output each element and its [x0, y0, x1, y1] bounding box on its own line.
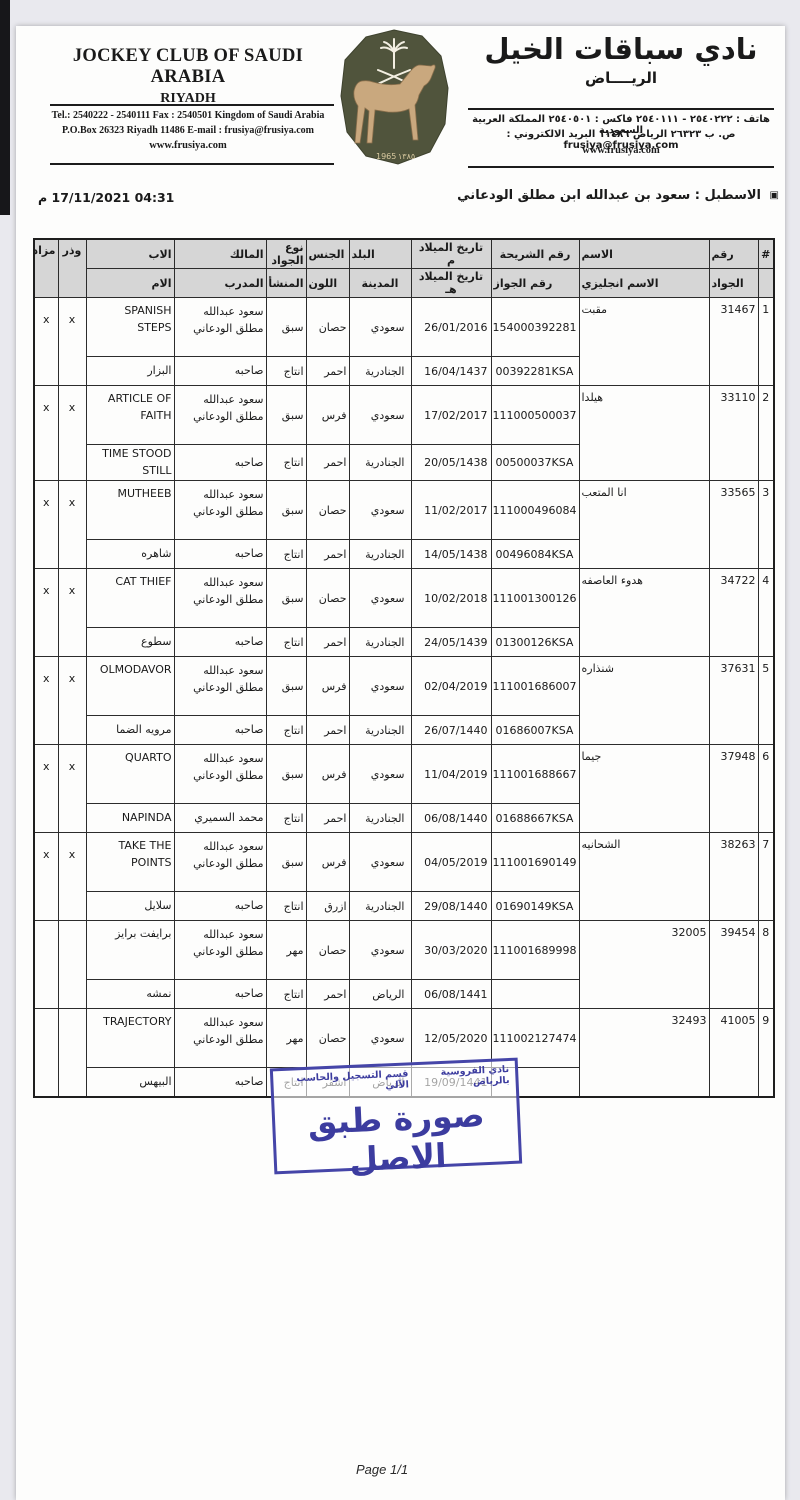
- cell-row-number: 8: [758, 921, 774, 1009]
- club-title-ar: نادي سباقات الخيل: [462, 32, 780, 67]
- cell-passport-number: [491, 980, 579, 1009]
- cell-auction-flag: [34, 921, 58, 1009]
- cell-horse-number: 33110: [709, 386, 758, 481]
- cell-sex: حصان: [306, 1009, 349, 1068]
- col-horse-no-2: الجواد: [709, 269, 758, 298]
- divider-line: [468, 166, 774, 168]
- cell-dob-gregorian: 02/04/2019: [411, 657, 491, 716]
- cell-name: انا المتعب: [579, 481, 709, 569]
- cell-auction-flag: x: [34, 298, 58, 386]
- cell-origin: انتاج: [266, 892, 306, 921]
- cell-wither-flag: x: [58, 833, 86, 921]
- cell-horse-number: 31467: [709, 298, 758, 386]
- cell-color: احمر: [306, 357, 349, 386]
- col-name: الاسم: [579, 239, 709, 269]
- cell-color: احمر: [306, 716, 349, 745]
- cell-passport-number: 01690149KSA: [491, 892, 579, 921]
- club-city-ar: الريــــاض: [462, 69, 780, 87]
- cell-passport-number: 01686007KSA: [491, 716, 579, 745]
- cell-sex: فرس: [306, 745, 349, 804]
- scan-edge-shadow: [0, 0, 10, 215]
- col-owner: المالك: [174, 239, 266, 269]
- logo-year-gregorian: 1965: [376, 152, 396, 161]
- cell-dob-gregorian: 10/02/2018: [411, 569, 491, 628]
- cell-horse-number: 39454: [709, 921, 758, 1009]
- cell-sire: TAKE THE POINTS: [86, 833, 174, 892]
- cell-type: مهر: [266, 1009, 306, 1068]
- cell-country: سعودي: [349, 569, 411, 628]
- cell-origin: انتاج: [266, 716, 306, 745]
- cell-auction-flag: x: [34, 481, 58, 569]
- cell-sire: QUARTO: [86, 745, 174, 804]
- cell-chip-number: 111000500037: [491, 386, 579, 445]
- cell-name: 32493: [579, 1009, 709, 1098]
- cell-dob-hijri: 24/05/1439: [411, 628, 491, 657]
- cell-dam: مرويه الضما: [86, 716, 174, 745]
- club-logo: 1965 ١٣٨٥: [336, 26, 452, 176]
- col-sex: الجنس: [306, 239, 349, 269]
- cell-horse-number: 41005: [709, 1009, 758, 1098]
- cell-owner: سعود عبدالله مطلق الودعاني: [174, 921, 266, 980]
- cell-city: الجنادرية: [349, 628, 411, 657]
- cell-color: احمر: [306, 980, 349, 1009]
- cell-trainer: صاحبه: [174, 716, 266, 745]
- cell-wither-flag: x: [58, 745, 86, 833]
- col-trainer: المدرب: [174, 269, 266, 298]
- cell-passport-number: 00392281KSA: [491, 357, 579, 386]
- col-passport: رقم الجواز: [491, 269, 579, 298]
- cell-type: سبق: [266, 569, 306, 628]
- table-row: 233110هيلدا11100050003717/02/2017سعوديفر…: [34, 386, 774, 445]
- cell-sex: حصان: [306, 298, 349, 357]
- cell-dam: البيهس: [86, 1068, 174, 1098]
- cell-city: الجنادرية: [349, 445, 411, 481]
- col-color: اللون: [306, 269, 349, 298]
- cell-chip-number: 111001690149: [491, 833, 579, 892]
- page-number: Page 1/1: [356, 1462, 408, 1477]
- cell-wither-flag: [58, 921, 86, 1009]
- cell-chip-number: 154000392281: [491, 298, 579, 357]
- stamp-header-line: نادي الفروسية بالرياض قسم التسجيل والحاس…: [279, 1064, 510, 1096]
- cell-sex: فرس: [306, 386, 349, 445]
- col-city: المدينة: [349, 269, 411, 298]
- cell-country: سعودي: [349, 1009, 411, 1068]
- cell-auction-flag: x: [34, 657, 58, 745]
- cell-passport-number: 01688667KSA: [491, 804, 579, 833]
- cell-type: سبق: [266, 386, 306, 445]
- cell-trainer: صاحبه: [174, 892, 266, 921]
- cell-dam: نمشه: [86, 980, 174, 1009]
- cell-chip-number: 111001300126: [491, 569, 579, 628]
- cell-sire: ARTICLE OF FAITH: [86, 386, 174, 445]
- table-row: 333565انا المتعب11100049608411/02/2017سع…: [34, 481, 774, 540]
- header-row-bottom: الجواد الاسم انجليزي رقم الجواز تاريخ ال…: [34, 269, 774, 298]
- cell-chip-number: 111000496084: [491, 481, 579, 540]
- col-origin: المنشأ: [266, 269, 306, 298]
- stamp-department: قسم التسجيل والحاسب الآلي: [279, 1068, 409, 1096]
- cell-owner: سعود عبدالله مطلق الودعاني: [174, 386, 266, 445]
- divider-line: [468, 108, 774, 110]
- cell-country: سعودي: [349, 921, 411, 980]
- cell-wither-flag: x: [58, 298, 86, 386]
- cell-passport-number: 00500037KSA: [491, 445, 579, 481]
- club-title-en: JOCKEY CLUB OF SAUDI ARABIA: [40, 46, 336, 88]
- table-row: 738263الشحانيه11100169014904/05/2019سعود…: [34, 833, 774, 892]
- cell-row-number: 4: [758, 569, 774, 657]
- cell-wither-flag: [58, 1009, 86, 1098]
- list-marker-icon: ▣: [770, 190, 779, 201]
- cell-passport-number: 01300126KSA: [491, 628, 579, 657]
- table-header: # رقم الاسم رقم الشريحة تاريخ الميلاد م …: [34, 239, 774, 298]
- cell-dob-gregorian: 04/05/2019: [411, 833, 491, 892]
- cell-owner: سعود عبدالله مطلق الودعاني: [174, 833, 266, 892]
- cell-dob-hijri: 14/05/1438: [411, 540, 491, 569]
- cell-trainer: صاحبه: [174, 1068, 266, 1098]
- cell-sire: CAT THIEF: [86, 569, 174, 628]
- cell-auction-flag: x: [34, 569, 58, 657]
- col-horse-no: رقم: [709, 239, 758, 269]
- cell-wither-flag: x: [58, 569, 86, 657]
- letterhead-arabic: نادي سباقات الخيل الريــــاض: [462, 32, 780, 87]
- cell-dob-gregorian: 26/01/2016: [411, 298, 491, 357]
- cell-type: سبق: [266, 657, 306, 716]
- cell-row-number: 7: [758, 833, 774, 921]
- cell-wither-flag: x: [58, 481, 86, 569]
- col-chip: رقم الشريحة: [491, 239, 579, 269]
- cell-name: هيلدا: [579, 386, 709, 481]
- col-dob-gregorian: تاريخ الميلاد م: [411, 239, 491, 269]
- cell-owner: سعود عبدالله مطلق الودعاني: [174, 298, 266, 357]
- cell-color: احمر: [306, 628, 349, 657]
- divider-line: [50, 163, 334, 165]
- cell-country: سعودي: [349, 481, 411, 540]
- cell-name: 32005: [579, 921, 709, 1009]
- table-row: 9410053249311100212747412/05/2020سعوديحص…: [34, 1009, 774, 1068]
- cell-owner: سعود عبدالله مطلق الودعاني: [174, 569, 266, 628]
- cell-owner: سعود عبدالله مطلق الودعاني: [174, 657, 266, 716]
- col-num: #: [758, 239, 774, 269]
- cell-color: احمر: [306, 804, 349, 833]
- cell-trainer: صاحبه: [174, 540, 266, 569]
- table-row: 537631شنذاره11100168600702/04/2019سعوديف…: [34, 657, 774, 716]
- cell-wither-flag: x: [58, 386, 86, 481]
- cell-horse-number: 33565: [709, 481, 758, 569]
- cell-dam: سطوع: [86, 628, 174, 657]
- cell-type: سبق: [266, 745, 306, 804]
- cell-city: الجنادرية: [349, 804, 411, 833]
- table-row: 434722هدوء العاصفه11100130012610/02/2018…: [34, 569, 774, 628]
- cell-origin: انتاج: [266, 540, 306, 569]
- cell-horse-number: 37948: [709, 745, 758, 833]
- cell-origin: انتاج: [266, 804, 306, 833]
- cell-trainer: صاحبه: [174, 357, 266, 386]
- col-wither: وذر: [58, 239, 86, 298]
- cell-origin: انتاج: [266, 357, 306, 386]
- cell-owner: سعود عبدالله مطلق الودعاني: [174, 1009, 266, 1068]
- cell-row-number: 2: [758, 386, 774, 481]
- document-page: JOCKEY CLUB OF SAUDI ARABIA RIYADH Tel.:…: [16, 26, 785, 1500]
- cell-row-number: 6: [758, 745, 774, 833]
- cell-name: شنذاره: [579, 657, 709, 745]
- col-country: البلد: [349, 239, 411, 269]
- cell-city: الرياض: [349, 980, 411, 1009]
- cell-row-number: 3: [758, 481, 774, 569]
- cell-sex: فرس: [306, 833, 349, 892]
- cell-sex: فرس: [306, 657, 349, 716]
- cell-dob-gregorian: 11/02/2017: [411, 481, 491, 540]
- col-auction: مزاد: [34, 239, 58, 298]
- cell-dam: TIME STOOD STILL: [86, 445, 174, 481]
- cell-chip-number: 111001686007: [491, 657, 579, 716]
- col-name-en: الاسم انجليزي: [579, 269, 709, 298]
- cell-name: الشحانيه: [579, 833, 709, 921]
- cell-dob-hijri: 06/08/1440: [411, 804, 491, 833]
- cell-city: الجنادرية: [349, 892, 411, 921]
- cell-dam: البزار: [86, 357, 174, 386]
- col-sire: الاب: [86, 239, 174, 269]
- cell-sire: SPANISH STEPS: [86, 298, 174, 357]
- cell-city: الجنادرية: [349, 357, 411, 386]
- cell-dob-hijri: 16/04/1437: [411, 357, 491, 386]
- cell-country: سعودي: [349, 745, 411, 804]
- cell-dob-gregorian: 30/03/2020: [411, 921, 491, 980]
- horse-club-emblem-icon: 1965 ١٣٨٥: [336, 26, 452, 176]
- stable-info-line: ▣ الاسطبل : سعود بن عبدالله ابن مطلق الو…: [457, 188, 779, 203]
- cell-trainer: صاحبه: [174, 445, 266, 481]
- cell-type: سبق: [266, 833, 306, 892]
- cell-country: سعودي: [349, 833, 411, 892]
- cell-auction-flag: x: [34, 745, 58, 833]
- cell-sex: حصان: [306, 921, 349, 980]
- horse-table: # رقم الاسم رقم الشريحة تاريخ الميلاد م …: [33, 238, 775, 1098]
- cell-auction-flag: x: [34, 386, 58, 481]
- cell-dam: سلايل: [86, 892, 174, 921]
- cell-horse-number: 34722: [709, 569, 758, 657]
- cell-country: سعودي: [349, 657, 411, 716]
- stable-name: الاسطبل : سعود بن عبدالله ابن مطلق الودع…: [457, 188, 761, 203]
- cell-dob-hijri: 06/08/1441: [411, 980, 491, 1009]
- cell-row-number: 1: [758, 298, 774, 386]
- contact-pobox-en: P.O.Box 26323 Riyadh 11486 E-mail : frus…: [40, 125, 336, 136]
- cell-passport-number: 00496084KSA: [491, 540, 579, 569]
- cell-country: سعودي: [349, 298, 411, 357]
- col-type: نوع الجواد: [266, 239, 306, 269]
- cell-name: مقبت: [579, 298, 709, 386]
- letterhead-english: JOCKEY CLUB OF SAUDI ARABIA RIYADH: [40, 46, 336, 107]
- col-dam: الام: [86, 269, 174, 298]
- cell-type: مهر: [266, 921, 306, 980]
- cell-horse-number: 38263: [709, 833, 758, 921]
- cell-auction-flag: [34, 1009, 58, 1098]
- cell-origin: انتاج: [266, 980, 306, 1009]
- cell-city: الجنادرية: [349, 540, 411, 569]
- stamp-true-copy-text: صورة طبق الاصل: [280, 1094, 513, 1182]
- cell-sire: برايفت برايز: [86, 921, 174, 980]
- cell-color: احمر: [306, 445, 349, 481]
- contact-tel-en: Tel.: 2540222 - 2540111 Fax : 2540501 Ki…: [40, 110, 336, 121]
- cell-color: ازرق: [306, 892, 349, 921]
- logo-year-hijri: ١٣٨٥: [398, 152, 415, 161]
- cell-trainer: صاحبه: [174, 980, 266, 1009]
- cell-sex: حصان: [306, 481, 349, 540]
- certification-stamp: نادي الفروسية بالرياض قسم التسجيل والحاس…: [270, 1058, 522, 1175]
- cell-dam: NAPINDA: [86, 804, 174, 833]
- cell-dob-hijri: 29/08/1440: [411, 892, 491, 921]
- website-ar: www.frusiya.com: [462, 145, 780, 156]
- table-row: 637948جيما11100168866711/04/2019سعوديفرس…: [34, 745, 774, 804]
- cell-sire: OLMODAVOR: [86, 657, 174, 716]
- cell-name: جيما: [579, 745, 709, 833]
- scanned-document-page: { "page": { "background": "#e9e9ee", "nu…: [0, 0, 800, 1500]
- cell-color: احمر: [306, 540, 349, 569]
- print-datetime: 04:31 17/11/2021 م: [38, 190, 174, 205]
- cell-origin: انتاج: [266, 445, 306, 481]
- cell-origin: انتاج: [266, 628, 306, 657]
- cell-sex: حصان: [306, 569, 349, 628]
- cell-wither-flag: x: [58, 657, 86, 745]
- cell-chip-number: 111001688667: [491, 745, 579, 804]
- cell-row-number: 9: [758, 1009, 774, 1098]
- cell-type: سبق: [266, 481, 306, 540]
- website-en: www.frusiya.com: [40, 140, 336, 151]
- cell-row-number: 5: [758, 657, 774, 745]
- cell-country: سعودي: [349, 386, 411, 445]
- cell-city: الجنادرية: [349, 716, 411, 745]
- cell-dob-gregorian: 11/04/2019: [411, 745, 491, 804]
- cell-owner: سعود عبدالله مطلق الودعاني: [174, 481, 266, 540]
- cell-owner: سعود عبدالله مطلق الودعاني: [174, 745, 266, 804]
- stamp-club-name: نادي الفروسية بالرياض: [408, 1064, 510, 1090]
- col-dob-hijri: تاريخ الميلاد هـ: [411, 269, 491, 298]
- col-num-empty: [758, 269, 774, 298]
- cell-sire: TRAJECTORY: [86, 1009, 174, 1068]
- cell-trainer: محمد السميري: [174, 804, 266, 833]
- cell-dob-hijri: 26/07/1440: [411, 716, 491, 745]
- cell-auction-flag: x: [34, 833, 58, 921]
- cell-type: سبق: [266, 298, 306, 357]
- cell-horse-number: 37631: [709, 657, 758, 745]
- cell-dam: شاهره: [86, 540, 174, 569]
- cell-trainer: صاحبه: [174, 628, 266, 657]
- table-row: 131467مقبت15400039228126/01/2016سعوديحصا…: [34, 298, 774, 357]
- cell-sire: MUTHEEB: [86, 481, 174, 540]
- horse-table-body: 131467مقبت15400039228126/01/2016سعوديحصا…: [34, 298, 774, 1098]
- cell-dob-hijri: 20/05/1438: [411, 445, 491, 481]
- table-row: 8394543200511100168999830/03/2020سعوديحص…: [34, 921, 774, 980]
- header-row-top: # رقم الاسم رقم الشريحة تاريخ الميلاد م …: [34, 239, 774, 269]
- cell-dob-gregorian: 17/02/2017: [411, 386, 491, 445]
- cell-chip-number: 111001689998: [491, 921, 579, 980]
- cell-name: هدوء العاصفه: [579, 569, 709, 657]
- divider-line: [50, 104, 334, 106]
